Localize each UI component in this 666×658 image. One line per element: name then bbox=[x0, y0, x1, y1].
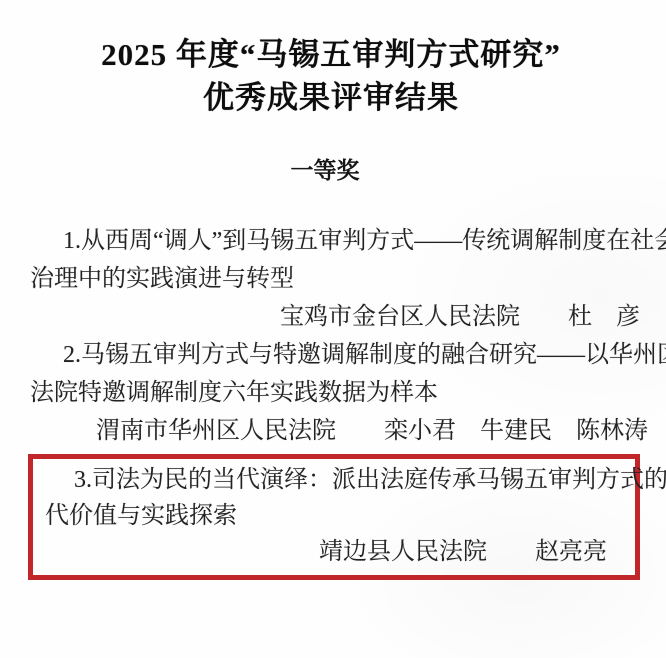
entry-3-attribution: 靖边县人民法院 赵亮亮 bbox=[45, 534, 623, 570]
section-heading-first-prize: 一等奖 bbox=[30, 150, 648, 190]
scanned-document-page: 2025 年度“马锡五审判方式研究” 优秀成果评审结果 一等奖 1.从西周“调人… bbox=[0, 0, 666, 658]
entry-2-title-line-1: 2.马锡五审判方式与特邀调解制度的融合研究——以华州区 bbox=[30, 336, 648, 374]
entry-2-title-line-2: 法院特邀调解制度六年实践数据为样本 bbox=[30, 374, 648, 412]
entry-3-title-line-2: 代价值与实践探索 bbox=[45, 498, 623, 534]
document-title-line-2: 优秀成果评审结果 bbox=[30, 76, 632, 119]
entry-3-title-line-1: 3.司法为民的当代演绎：派出法庭传承马锡五审判方式的时 bbox=[45, 462, 623, 498]
document-title-line-1: 2025 年度“马锡五审判方式研究” bbox=[30, 33, 632, 76]
entry-1-title-line-2: 治理中的实践演进与转型 bbox=[30, 260, 648, 298]
document-title: 2025 年度“马锡五审判方式研究” 优秀成果评审结果 bbox=[30, 0, 648, 119]
award-entry-2: 2.马锡五审判方式与特邀调解制度的融合研究——以华州区 法院特邀调解制度六年实践… bbox=[30, 336, 648, 450]
entry-1-attribution: 宝鸡市金台区人民法院 杜 彦 bbox=[30, 298, 648, 336]
entry-1-title-line-1: 1.从西周“调人”到马锡五审判方式——传统调解制度在社会 bbox=[30, 222, 648, 260]
entry-2-attribution: 渭南市华州区人民法院 栾小君 牛建民 陈林涛 bbox=[30, 412, 648, 450]
award-entry-3-red-highlight-box: 3.司法为民的当代演绎：派出法庭传承马锡五审判方式的时 代价值与实践探索 靖边县… bbox=[28, 454, 640, 580]
award-entries-list: 1.从西周“调人”到马锡五审判方式——传统调解制度在社会 治理中的实践演进与转型… bbox=[30, 222, 648, 580]
award-entry-1: 1.从西周“调人”到马锡五审判方式——传统调解制度在社会 治理中的实践演进与转型… bbox=[30, 222, 648, 336]
